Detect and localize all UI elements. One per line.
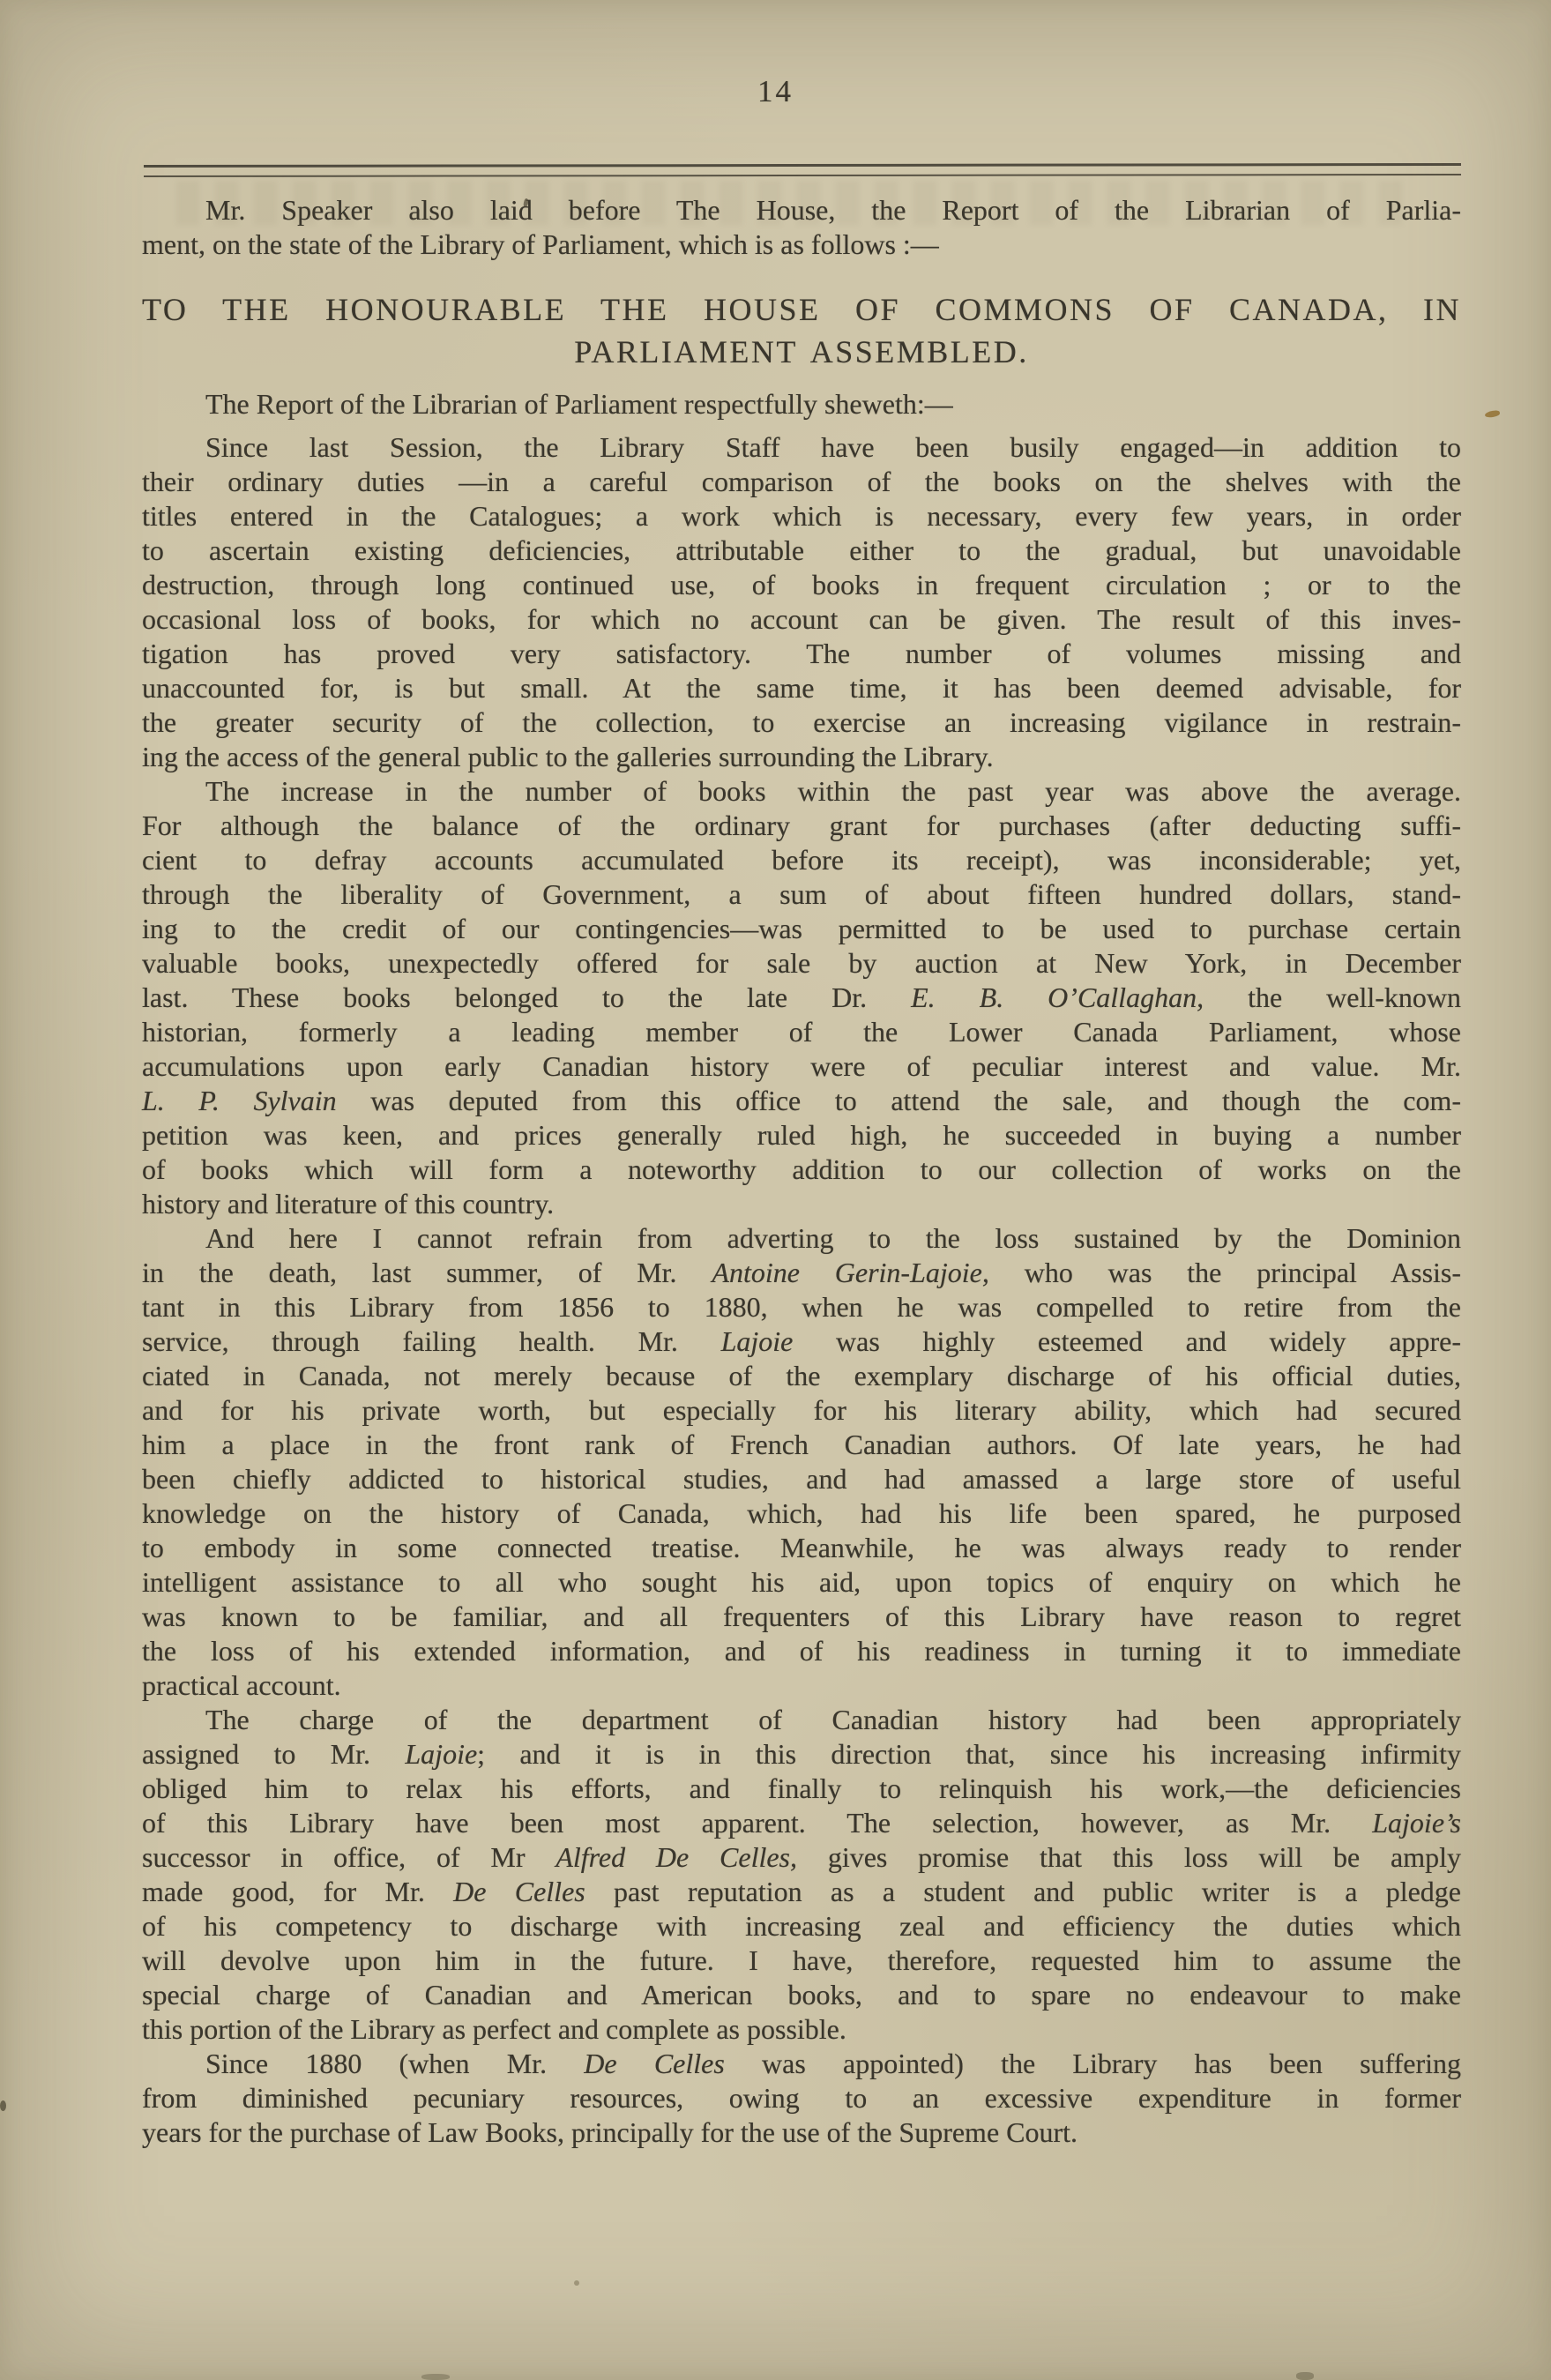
text-line: accumulations upon early Canadian histor… [142,1049,1461,1084]
text-line: special charge of Canadian and American … [142,1978,1461,2012]
italic-text-run: De Celles [584,2048,725,2079]
text-line: The Report of the Librarian of Parliamen… [142,387,1461,422]
header-double-rule [144,163,1461,177]
text-line: the loss of his extended information, an… [142,1634,1461,1668]
text-line: TO THE HONOURABLE THE HOUSE OF COMMONS O… [142,288,1461,331]
text-run: destruction, through long continued use,… [142,569,1461,601]
text-line: from diminished pecuniary resources, owi… [142,2081,1461,2115]
text-line: petition was keen, and prices generally … [142,1118,1461,1153]
text-run: Since last Session, the Library Staff ha… [205,431,1461,463]
text-run: ; and it is in this direction that, sinc… [477,1738,1461,1770]
text-run: knowledge on the history of Canada, whic… [142,1497,1461,1529]
text-line: been chiefly addicted to historical stud… [142,1462,1461,1496]
text-run: of this Library have been most apparent.… [142,1807,1372,1839]
text-line: The increase in the number of books with… [142,774,1461,809]
text-line: intelligent assistance to all who sought… [142,1565,1461,1600]
text-line: through the liberality of Government, a … [142,877,1461,912]
text-line: to ascertain existing deficiencies, attr… [142,533,1461,568]
italic-text-run: Lajoie [405,1738,477,1770]
text-run: And here I cannot refrain from adverting… [205,1222,1461,1254]
paragraph-book-purchases: The increase in the number of books with… [142,774,1461,1221]
text-line: this portion of the Library as perfect a… [142,2012,1461,2047]
text-run: made good, for Mr. [142,1876,453,1907]
text-run: The increase in the number of books with… [205,775,1461,807]
document-body: Mr. Speaker also laid before The House, … [142,193,1461,2150]
paragraph-de-celles-succession: The charge of the department of Canadian… [142,1703,1461,2047]
text-line: years for the purchase of Law Books, pri… [142,2115,1461,2150]
text-run: was deputed from this office to attend t… [337,1085,1461,1116]
text-run: will devolve upon him in the future. I h… [142,1944,1461,1976]
text-run: the loss of his extended information, an… [142,1635,1461,1667]
text-run: years for the purchase of Law Books, pri… [142,2116,1077,2148]
text-run: him a place in the front rank of French … [142,1429,1461,1460]
text-line: cient to defray accounts accumulated bef… [142,843,1461,877]
text-line: For although the balance of the ordinary… [142,809,1461,843]
text-run: intelligent assistance to all who sought… [142,1566,1461,1598]
text-run: special charge of Canadian and American … [142,1979,1461,2011]
text-line: of books which will form a noteworthy ad… [142,1153,1461,1187]
text-run: to embody in some connected treatise. Me… [142,1532,1461,1563]
paper-speck [0,2100,6,2111]
text-line: of this Library have been most apparent.… [142,1806,1461,1840]
italic-text-run: Alfred De Celles, [556,1841,797,1873]
intro-paragraph: Mr. Speaker also laid before The House, … [142,193,1461,262]
text-line: made good, for Mr. De Celles past reputa… [142,1875,1461,1909]
text-run: service, through failing health. Mr. [142,1325,721,1357]
text-line: The charge of the department of Canadian… [142,1703,1461,1737]
text-line: Since last Session, the Library Staff ha… [142,430,1461,465]
text-run: The charge of the department of Canadian… [205,1704,1461,1735]
text-line: knowledge on the history of Canada, whic… [142,1496,1461,1531]
text-run: accumulations upon early Canadian histor… [142,1050,1461,1082]
text-run: PARLIAMENT ASSEMBLED. [574,334,1029,369]
text-line: in the death, last summer, of Mr. Antoin… [142,1256,1461,1290]
text-run: titles entered in the Catalogues; a work… [142,500,1461,532]
text-line: titles entered in the Catalogues; a work… [142,499,1461,533]
text-run: the greater security of the collection, … [142,706,1461,738]
paper-speck [574,2280,579,2286]
text-run: of books which will form a noteworthy ad… [142,1153,1461,1185]
italic-text-run: Lajoie’s [1372,1807,1461,1839]
text-run: been chiefly addicted to historical stud… [142,1463,1461,1495]
text-run: history and literature of this country. [142,1188,554,1220]
text-line: destruction, through long continued use,… [142,568,1461,602]
text-line: to embody in some connected treatise. Me… [142,1531,1461,1565]
paper-speck [421,2374,450,2380]
italic-text-run: Antoine Gerin-Lajoie, [712,1257,988,1288]
text-line: historian, formerly a leading member of … [142,1015,1461,1049]
text-run: obliged him to relax his efforts, and fi… [142,1772,1461,1804]
text-run: last. These books belonged to the late D… [142,981,911,1013]
text-run: through the liberality of Government, a … [142,878,1461,910]
italic-text-run: E. B. O’Callaghan, [911,981,1204,1013]
text-run: in the death, last summer, of Mr. [142,1257,712,1288]
italic-text-run: L. P. Sylvain [142,1085,337,1116]
text-line: successor in office, of Mr Alfred De Cel… [142,1840,1461,1875]
text-run: was known to be familiar, and all freque… [142,1600,1461,1632]
text-line: last. These books belonged to the late D… [142,981,1461,1015]
text-run: this portion of the Library as perfect a… [142,2013,846,2045]
text-line: valuable books, unexpectedly offered for… [142,946,1461,981]
text-run: petition was keen, and prices generally … [142,1119,1461,1151]
text-run: assigned to Mr. [142,1738,405,1770]
text-run: ciated in Canada, not merely because of … [142,1360,1461,1391]
paragraph-finances: Since 1880 (when Mr. De Celles was appoi… [142,2047,1461,2150]
text-line: will devolve upon him in the future. I h… [142,1944,1461,1978]
text-line: and for his private worth, but especiall… [142,1393,1461,1428]
text-line: unaccounted for, is but small. At the sa… [142,671,1461,705]
text-line: occasional loss of books, for which no a… [142,602,1461,637]
text-line: And here I cannot refrain from adverting… [142,1221,1461,1256]
text-line: the greater security of the collection, … [142,705,1461,740]
text-run: For although the balance of the ordinary… [142,809,1461,841]
text-line: of his competency to discharge with incr… [142,1909,1461,1944]
text-line: service, through failing health. Mr. Laj… [142,1324,1461,1359]
paragraph-gerin-lajoie-tribute: And here I cannot refrain from adverting… [142,1221,1461,1703]
text-run: successor in office, of Mr [142,1841,556,1873]
italic-text-run: Lajoie [721,1325,794,1357]
text-run: to ascertain existing deficiencies, attr… [142,534,1461,566]
foxing-mark [1485,410,1501,418]
page-number: 14 [0,74,1551,109]
text-run: was highly esteemed and widely appre- [793,1325,1461,1357]
text-run: tant in this Library from 1856 to 1880, … [142,1291,1461,1323]
text-line: ciated in Canada, not merely because of … [142,1359,1461,1393]
paragraph-catalogue-comparison: Since last Session, the Library Staff ha… [142,430,1461,774]
text-line: history and literature of this country. [142,1187,1461,1221]
text-run: gives promise that this loss will be amp… [797,1841,1461,1873]
text-run: their ordinary duties —in a careful comp… [142,466,1461,497]
text-run: valuable books, unexpectedly offered for… [142,947,1461,979]
text-line: ing to the credit of our contingencies—w… [142,912,1461,946]
text-line: tigation has proved very satisfactory. T… [142,637,1461,671]
text-line: assigned to Mr. Lajoie; and it is in thi… [142,1737,1461,1772]
text-line: L. P. Sylvain was deputed from this offi… [142,1084,1461,1118]
text-line: their ordinary duties —in a careful comp… [142,465,1461,499]
text-run: from diminished pecuniary resources, owi… [142,2082,1461,2114]
text-run: unaccounted for, is but small. At the sa… [142,672,1461,704]
text-run: was appointed) the Library has been suff… [725,2048,1461,2079]
text-run: past reputation as a student and public … [585,1876,1461,1907]
text-run: Since 1880 (when Mr. [205,2048,584,2079]
text-run: practical account. [142,1669,341,1701]
text-line: was known to be familiar, and all freque… [142,1600,1461,1634]
text-line: ing the access of the general public to … [142,740,1461,774]
text-line: him a place in the front rank of French … [142,1428,1461,1462]
text-line: tant in this Library from 1856 to 1880, … [142,1290,1461,1324]
text-line: obliged him to relax his efforts, and fi… [142,1772,1461,1806]
text-run: of his competency to discharge with incr… [142,1910,1461,1942]
text-run: cient to defray accounts accumulated bef… [142,844,1461,876]
text-run: historian, formerly a leading member of … [142,1016,1461,1048]
text-run: and for his private worth, but especiall… [142,1394,1461,1426]
text-run: ing the access of the general public to … [142,741,994,772]
salutation: The Report of the Librarian of Parliamen… [142,387,1461,422]
text-line: Since 1880 (when Mr. De Celles was appoi… [142,2047,1461,2081]
text-line: practical account. [142,1668,1461,1703]
text-run: The Report of the Librarian of Parliamen… [205,388,953,420]
text-run: occasional loss of books, for which no a… [142,603,1461,635]
text-line: ment, on the state of the Library of Par… [142,228,1461,262]
scanned-document-page: 14 Mr. Speaker also laid before The Hous… [0,0,1551,2380]
text-run: Mr. Speaker also laid before The House, … [205,194,1461,226]
text-line: Mr. Speaker also laid before The House, … [142,193,1461,228]
italic-text-run: De Celles [453,1876,585,1907]
text-run: TO THE HONOURABLE THE HOUSE OF COMMONS O… [142,292,1461,327]
text-run: tigation has proved very satisfactory. T… [142,638,1461,669]
text-run: ment, on the state of the Library of Par… [142,228,939,260]
text-run: the well-known [1204,981,1461,1013]
address-heading: TO THE HONOURABLE THE HOUSE OF COMMONS O… [142,288,1461,373]
paper-speck [1296,2372,1314,2380]
text-run: who was the principal Assis- [989,1257,1461,1288]
text-line: PARLIAMENT ASSEMBLED. [142,331,1461,373]
text-run: ing to the credit of our contingencies—w… [142,913,1461,944]
